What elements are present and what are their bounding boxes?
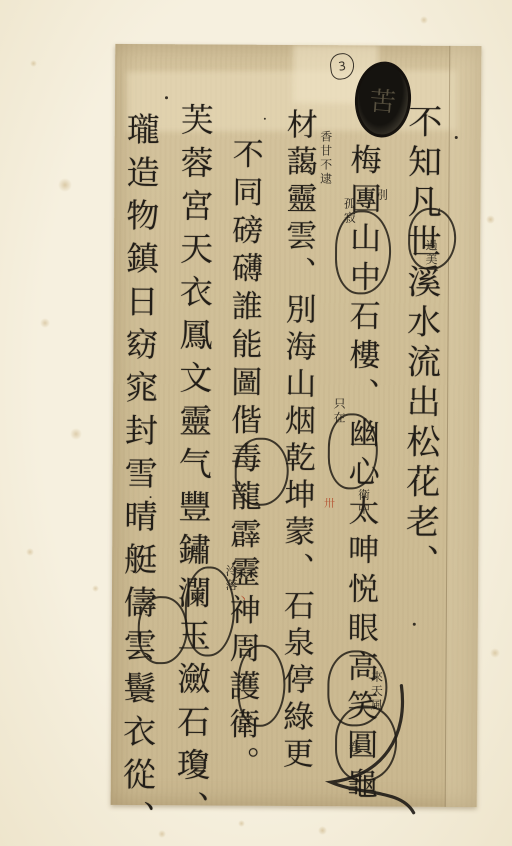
foxing-spot: [158, 830, 166, 838]
text-column-4: 不同磅礴誰能圖偕毒龍霹靂神周護衛。: [225, 138, 260, 784]
foxing-spot: [318, 826, 327, 835]
text-column-6: 瓏造物鎮日窈窕封雪晴艇儔雲鬟衣從、: [120, 112, 157, 843]
page-number-circle: 3: [329, 52, 356, 81]
annotation-lingluo: 泠落: [225, 565, 237, 593]
foxing-spot: [486, 215, 495, 224]
foxing-spot: [92, 585, 99, 592]
foxing-spot: [30, 60, 37, 67]
foxing-spot: [70, 428, 82, 440]
annotation-xi: 西: [189, 544, 201, 558]
annotation-laitianfeng: 來天風: [370, 670, 382, 712]
fold-crease-strip: [445, 46, 483, 807]
manuscript-paper: 3 苦 不知凡世溪水流出松花老、 梅團山中石樓、幽心太呻悦眼高笑圓龜 材藹靈雲、…: [111, 44, 482, 807]
annotation-xianggan: 香甘不逮: [319, 130, 331, 186]
foxing-spot: [40, 318, 50, 328]
foxing-spot: [26, 548, 34, 556]
foxing-spot: [420, 16, 428, 24]
annotation-juan: 卷: [348, 740, 360, 754]
annotation-zhizai: 只在: [333, 397, 345, 425]
annotation-bie: 別: [375, 188, 387, 202]
annotation-guji: 孤寂: [343, 197, 355, 225]
text-column-5: 芙蓉宮天衣鳳文靈气豐鏽瀾玉瀲石瓊、: [175, 102, 212, 833]
ink-speck: [264, 118, 266, 120]
blot-character: 苦: [369, 80, 398, 119]
ink-speck: [413, 623, 416, 626]
red-correction-mark: 卅: [323, 497, 334, 510]
red-tick-mark: 丶: [237, 593, 248, 606]
text-column-1: 不知凡世溪水流出松花老、: [402, 104, 439, 584]
foxing-spot: [238, 820, 245, 827]
ink-speck: [165, 96, 168, 99]
page-number: 3: [337, 59, 346, 74]
text-column-3: 材藹靈雲、別海山烟乾坤蒙、石泉停綠更: [279, 108, 314, 774]
annotation-guomei: 過美: [425, 239, 437, 267]
manuscript-photograph: 3 苦 不知凡世溪水流出松花老、 梅團山中石樓、幽心太呻悦眼高笑圓龜 材藹靈雲、…: [0, 0, 512, 846]
foxing-spot: [58, 178, 72, 192]
foxing-spot: [490, 648, 500, 658]
annotation-weizhong: 衛中: [357, 488, 369, 516]
